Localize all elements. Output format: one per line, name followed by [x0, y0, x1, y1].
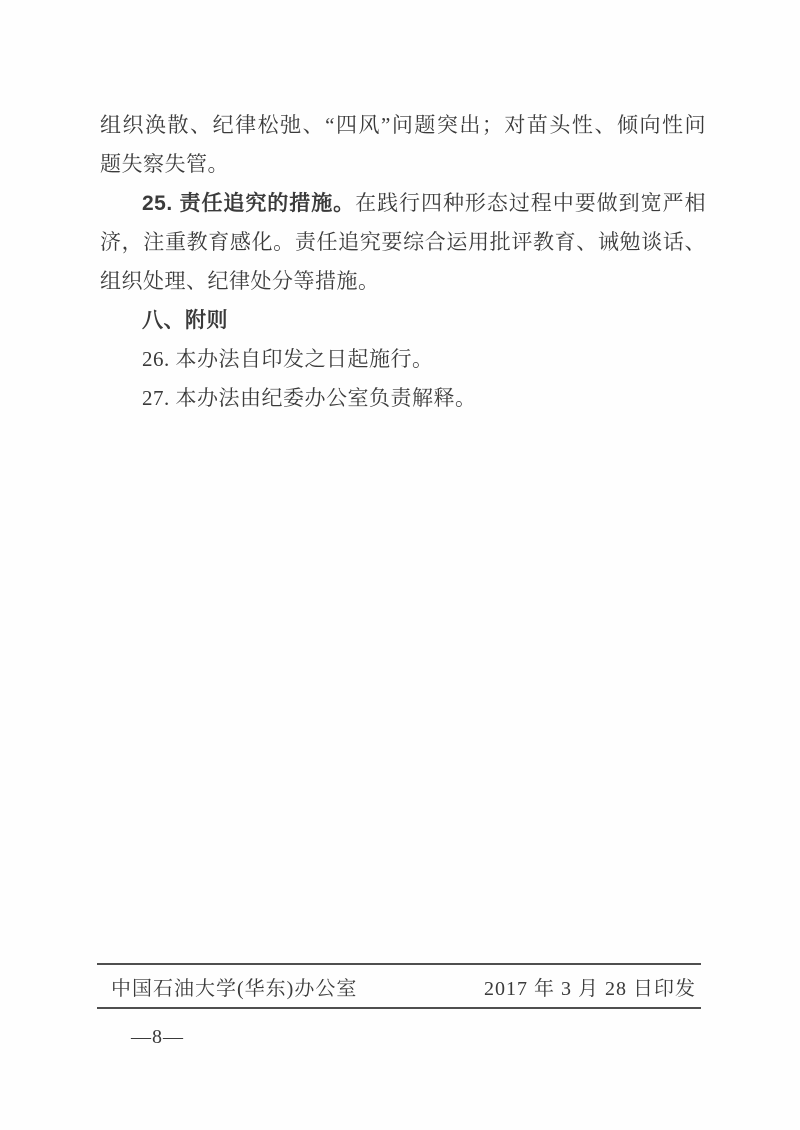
- paragraph-continued-line-2: 题失察失管。: [100, 145, 706, 184]
- section-heading-fuze: 八、附则: [100, 301, 706, 340]
- paragraph-continued-line-1: 组织涣散、纪律松弛、“四风”问题突出；对苗头性、倾向性问: [100, 106, 706, 145]
- paragraph-25-line-1-rest: 在践行四种形态过程中要做到宽严相: [355, 191, 706, 215]
- footer-rule-bottom: [97, 1007, 701, 1009]
- paragraph-25-line-1: 25. 责任追究的措施。在践行四种形态过程中要做到宽严相: [100, 184, 706, 223]
- page-number: —8—: [131, 1026, 184, 1049]
- document-body: 组织涣散、纪律松弛、“四风”问题突出；对苗头性、倾向性问 题失察失管。 25. …: [100, 106, 706, 418]
- footer-issuing-office: 中国石油大学(华东)办公室: [111, 972, 357, 1001]
- footer-print-date: 2017 年 3 月 28 日印发: [484, 972, 696, 1001]
- item-26: 26. 本办法自印发之日起施行。: [100, 340, 706, 379]
- item-27: 27. 本办法由纪委办公室负责解释。: [100, 379, 706, 418]
- paragraph-25-line-3: 组织处理、纪律处分等措施。: [100, 262, 706, 301]
- document-page: 组织涣散、纪律松弛、“四风”问题突出；对苗头性、倾向性问 题失察失管。 25. …: [0, 0, 800, 1130]
- paragraph-25-line-2: 济，注重教育感化。责任追究要综合运用批评教育、诫勉谈话、: [100, 223, 706, 262]
- paragraph-25-bold-lead: 25. 责任追究的措施。: [142, 192, 355, 215]
- document-footer: 中国石油大学(华东)办公室 2017 年 3 月 28 日印发: [97, 965, 701, 1007]
